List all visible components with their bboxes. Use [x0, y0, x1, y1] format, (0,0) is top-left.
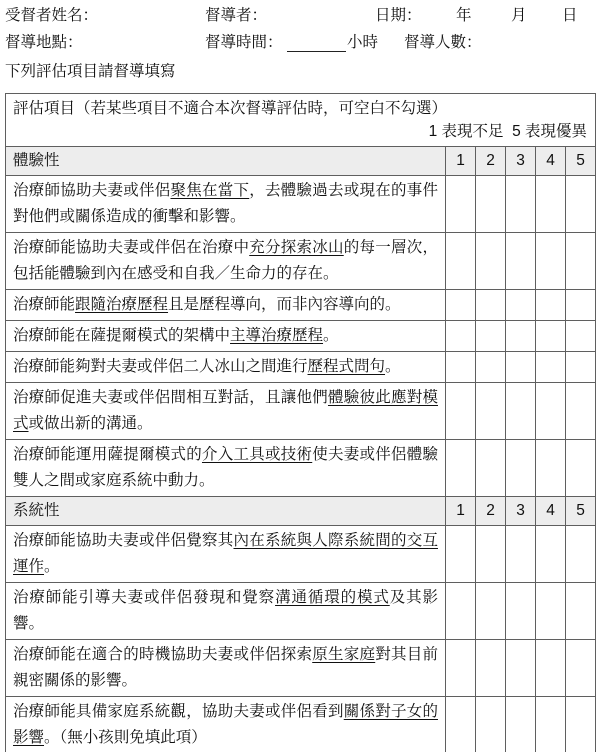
item-description: 治療師能具備家庭系統觀，協助夫妻或伴侶看到關係對子女的影響。（無小孩則免填此項）: [6, 697, 446, 752]
rating-cell[interactable]: [446, 352, 476, 383]
item-description: 治療師能跟隨治療歷程且是歷程導向，而非內容導向的。: [6, 290, 446, 321]
section-header-row: 系統性12345: [6, 497, 596, 526]
rating-cell[interactable]: [506, 583, 536, 640]
evaluation-item-row: 治療師能在適合的時機協助夫妻或伴侶探索原生家庭對其目前親密關係的影響。: [6, 640, 596, 697]
underlined-phrase: 介入工具或技術: [202, 446, 312, 463]
evaluation-item-row: 治療師能協助夫妻或伴侶在治療中充分探索冰山的每一層次，包括能體驗到內在感受和自我…: [6, 233, 596, 290]
plain-text: 。（無小孩則免填此項）: [44, 729, 207, 746]
rating-scale-header: 1: [446, 147, 476, 176]
underlined-phrase: 原生家庭: [312, 646, 375, 663]
plain-text: 或做出新的溝通。: [29, 415, 153, 432]
hours-suffix-label: 小時: [347, 34, 378, 52]
rating-cell[interactable]: [476, 383, 506, 440]
item-description: 治療師能運用薩提爾模式的介入工具或技術使夫妻或伴侶體驗雙人之間或家庭系統中動力。: [6, 440, 446, 497]
rating-scale-header: 3: [506, 147, 536, 176]
rating-cell[interactable]: [446, 233, 476, 290]
section-title: 體驗性: [6, 147, 446, 176]
plain-text: 治療師能夠對夫妻或伴侶二人冰山之間進行: [13, 358, 308, 375]
table-title-cell: 評估項目（若某些項目不適合本次督導評估時，可空白不勾選） 1 表現不足 5 表現…: [6, 94, 596, 147]
item-description: 治療師能夠對夫妻或伴侶二人冰山之間進行歷程式問句。: [6, 352, 446, 383]
rating-cell[interactable]: [566, 526, 596, 583]
rating-cell[interactable]: [506, 233, 536, 290]
rating-cell[interactable]: [446, 383, 476, 440]
rating-cell[interactable]: [536, 583, 566, 640]
rating-cell[interactable]: [446, 176, 476, 233]
evaluation-item-row: 治療師能夠對夫妻或伴侶二人冰山之間進行歷程式問句。: [6, 352, 596, 383]
day-label: 日: [562, 7, 578, 25]
rating-cell[interactable]: [536, 233, 566, 290]
section-title: 系統性: [6, 497, 446, 526]
evaluation-table: 評估項目（若某些項目不適合本次督導評估時，可空白不勾選） 1 表現不足 5 表現…: [5, 93, 596, 752]
supervisee-name-label: 受督者姓名：: [5, 7, 98, 25]
evaluation-item-row: 治療師能具備家庭系統觀，協助夫妻或伴侶看到關係對子女的影響。（無小孩則免填此項）: [6, 697, 596, 752]
item-description: 治療師能協助夫妻或伴侶在治療中充分探索冰山的每一層次，包括能體驗到內在感受和自我…: [6, 233, 446, 290]
rating-cell[interactable]: [506, 526, 536, 583]
item-description: 治療師協助夫妻或伴侶聚焦在當下，去體驗過去或現在的事件對他們或關係造成的衝擊和影…: [6, 176, 446, 233]
rating-cell[interactable]: [506, 321, 536, 352]
evaluation-table-body: 體驗性12345治療師協助夫妻或伴侶聚焦在當下，去體驗過去或現在的事件對他們或關…: [6, 147, 596, 752]
underlined-phrase: 溝通循環的模式: [275, 589, 390, 606]
rating-cell[interactable]: [476, 697, 506, 752]
rating-cell[interactable]: [446, 526, 476, 583]
rating-cell[interactable]: [536, 321, 566, 352]
scale-note: 1 表現不足 5 表現優異: [13, 120, 588, 143]
rating-cell[interactable]: [536, 697, 566, 752]
rating-scale-header: 5: [566, 497, 596, 526]
supervisor-label: 督導者：: [205, 7, 267, 25]
rating-cell[interactable]: [506, 383, 536, 440]
plain-text: 治療師能: [13, 296, 75, 313]
evaluation-item-row: 治療師能跟隨治療歷程且是歷程導向，而非內容導向的。: [6, 290, 596, 321]
plain-text: 且是歷程導向，而非內容導向的。: [168, 296, 401, 313]
plain-text: 治療師能在適合的時機協助夫妻或伴侶探索: [13, 646, 312, 663]
supervision-evaluation-form: 受督者姓名： 督導者： 日期： 年 月 日 督導地點： 督導時間： 小時 督導人…: [0, 0, 600, 752]
rating-cell[interactable]: [476, 440, 506, 497]
rating-cell[interactable]: [446, 640, 476, 697]
plain-text: 。: [323, 327, 339, 344]
rating-cell[interactable]: [476, 321, 506, 352]
rating-cell[interactable]: [476, 583, 506, 640]
evaluation-item-row: 治療師能引導夫妻或伴侶發現和覺察溝通循環的模式及其影響。: [6, 583, 596, 640]
evaluation-item-row: 治療師促進夫妻或伴侶間相互對話，且讓他們體驗彼此應對模式或做出新的溝通。: [6, 383, 596, 440]
rating-cell[interactable]: [536, 383, 566, 440]
table-title: 評估項目（若某些項目不適合本次督導評估時，可空白不勾選）: [13, 97, 588, 120]
rating-cell[interactable]: [446, 440, 476, 497]
rating-cell[interactable]: [446, 321, 476, 352]
location-label: 督導地點：: [5, 34, 83, 52]
item-description: 治療師促進夫妻或伴侶間相互對話，且讓他們體驗彼此應對模式或做出新的溝通。: [6, 383, 446, 440]
rating-scale-header: 5: [566, 147, 596, 176]
rating-cell[interactable]: [536, 440, 566, 497]
evaluation-item-row: 治療師協助夫妻或伴侶聚焦在當下，去體驗過去或現在的事件對他們或關係造成的衝擊和影…: [6, 176, 596, 233]
underlined-phrase: 跟隨治療歷程: [75, 296, 168, 313]
plain-text: 治療師能引導夫妻或伴侶發現和覺察: [13, 589, 275, 606]
table-title-row: 評估項目（若某些項目不適合本次督導評估時，可空白不勾選） 1 表現不足 5 表現…: [6, 94, 596, 147]
underlined-phrase: 主導治療歷程: [230, 327, 323, 344]
rating-cell[interactable]: [566, 583, 596, 640]
rating-scale-header: 4: [536, 497, 566, 526]
rating-cell[interactable]: [566, 640, 596, 697]
rating-cell[interactable]: [446, 583, 476, 640]
rating-scale-header: 2: [476, 497, 506, 526]
evaluation-item-row: 治療師能運用薩提爾模式的介入工具或技術使夫妻或伴侶體驗雙人之間或家庭系統中動力。: [6, 440, 596, 497]
rating-cell[interactable]: [476, 290, 506, 321]
rating-scale-header: 4: [536, 147, 566, 176]
plain-text: 治療師能運用薩提爾模式的: [13, 446, 202, 463]
rating-cell[interactable]: [506, 290, 536, 321]
underlined-phrase: 歷程式問句: [308, 358, 386, 375]
plain-text: 治療師能具備家庭系統觀，協助夫妻或伴侶看到: [13, 703, 344, 720]
rating-cell[interactable]: [476, 640, 506, 697]
date-label: 日期：: [375, 7, 422, 25]
item-description: 治療師能在薩提爾模式的架構中主導治療歷程。: [6, 321, 446, 352]
item-description: 治療師能引導夫妻或伴侶發現和覺察溝通循環的模式及其影響。: [6, 583, 446, 640]
rating-cell[interactable]: [536, 640, 566, 697]
rating-cell[interactable]: [566, 176, 596, 233]
fill-instruction: 下列評估項目請督導填寫: [5, 63, 176, 81]
evaluation-item-row: 治療師能協助夫妻或伴侶覺察其內在系統與人際系統間的交互運作。: [6, 526, 596, 583]
item-description: 治療師能在適合的時機協助夫妻或伴侶探索原生家庭對其目前親密關係的影響。: [6, 640, 446, 697]
section-header-row: 體驗性12345: [6, 147, 596, 176]
plain-text: 。: [44, 558, 60, 575]
rating-cell[interactable]: [536, 526, 566, 583]
rating-cell[interactable]: [446, 697, 476, 752]
rating-cell[interactable]: [506, 176, 536, 233]
rating-cell[interactable]: [536, 176, 566, 233]
rating-cell[interactable]: [566, 697, 596, 752]
rating-scale-header: 2: [476, 147, 506, 176]
item-description: 治療師能協助夫妻或伴侶覺察其內在系統與人際系統間的交互運作。: [6, 526, 446, 583]
plain-text: 治療師能協助夫妻或伴侶覺察其: [13, 532, 233, 549]
plain-text: 治療師協助夫妻或伴侶: [13, 182, 170, 199]
evaluation-item-row: 治療師能在薩提爾模式的架構中主導治療歷程。: [6, 321, 596, 352]
plain-text: 治療師促進夫妻或伴侶間相互對話，且讓他們: [13, 389, 328, 406]
rating-cell[interactable]: [566, 233, 596, 290]
supervision-hours-blank[interactable]: [287, 34, 346, 52]
rating-scale-header: 1: [446, 497, 476, 526]
underlined-phrase: 聚焦在當下: [170, 182, 249, 199]
plain-text: 治療師能協助夫妻或伴侶在治療中: [13, 239, 249, 256]
plain-text: 治療師能在薩提爾模式的架構中: [13, 327, 230, 344]
plain-text: 。: [385, 358, 401, 375]
rating-cell[interactable]: [566, 383, 596, 440]
year-label: 年: [456, 7, 472, 25]
rating-scale-header: 3: [506, 497, 536, 526]
rating-cell[interactable]: [446, 290, 476, 321]
rating-cell[interactable]: [506, 440, 536, 497]
participant-count-label: 督導人數：: [404, 34, 482, 52]
form-header: 受督者姓名： 督導者： 日期： 年 月 日 督導地點： 督導時間： 小時 督導人…: [0, 0, 600, 93]
rating-cell[interactable]: [476, 176, 506, 233]
rating-cell[interactable]: [536, 290, 566, 321]
rating-cell[interactable]: [506, 697, 536, 752]
time-label: 督導時間：: [205, 34, 283, 52]
rating-cell[interactable]: [566, 321, 596, 352]
rating-cell[interactable]: [506, 352, 536, 383]
rating-cell[interactable]: [566, 352, 596, 383]
underlined-phrase: 充分探索冰山: [249, 239, 344, 256]
rating-cell[interactable]: [476, 352, 506, 383]
rating-cell[interactable]: [476, 526, 506, 583]
rating-cell[interactable]: [476, 233, 506, 290]
rating-cell[interactable]: [506, 640, 536, 697]
rating-cell[interactable]: [566, 290, 596, 321]
rating-cell[interactable]: [536, 352, 566, 383]
month-label: 月: [511, 7, 527, 25]
rating-cell[interactable]: [566, 440, 596, 497]
